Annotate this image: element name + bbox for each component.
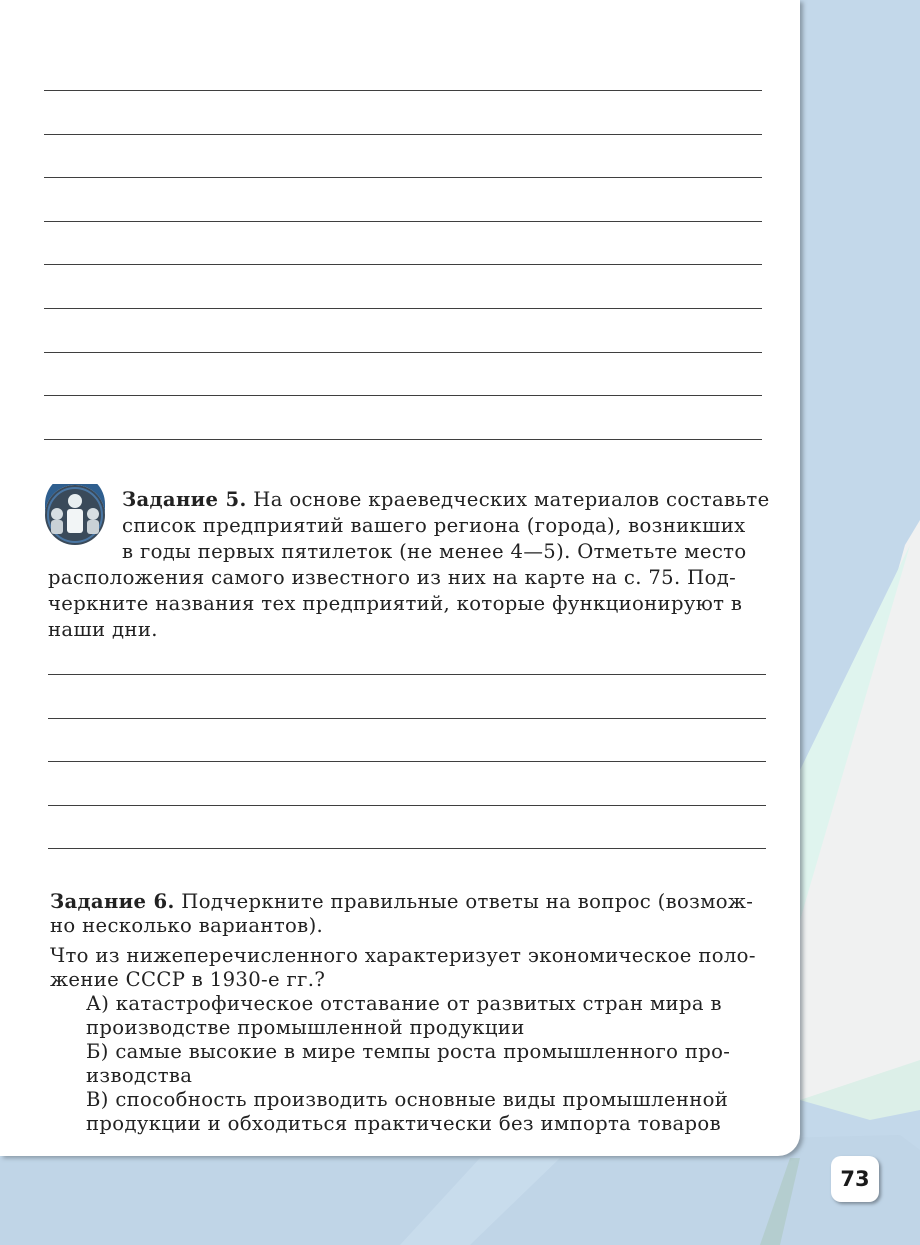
- option-a-line-1[interactable]: А) катастрофическое отставание от развит…: [86, 992, 722, 1016]
- task5-line-2: список предприятий вашего региона (город…: [122, 514, 746, 538]
- option-b-line-1[interactable]: Б) самые высокие в мире темпы роста пром…: [86, 1040, 730, 1064]
- answer-line[interactable]: [44, 90, 762, 91]
- answer-line[interactable]: [48, 761, 766, 762]
- option-c-line-2[interactable]: продукции и обходиться практически без и…: [86, 1112, 721, 1136]
- task5-line-4: расположения самого известного из них на…: [48, 566, 736, 590]
- group-work-icon: [44, 484, 106, 546]
- task5-line-1: Задание 5. На основе краеведческих матер…: [122, 488, 770, 512]
- answer-line[interactable]: [48, 718, 766, 719]
- answer-line[interactable]: [44, 308, 762, 309]
- task6-question-2: жение СССР в 1930-е гг.?: [50, 968, 325, 992]
- answer-line[interactable]: [48, 848, 766, 849]
- workbook-page: Задание 5. На основе краеведческих матер…: [0, 0, 800, 1156]
- answer-line[interactable]: [44, 439, 762, 440]
- answer-line[interactable]: [44, 221, 762, 222]
- task6-line-2: но несколько вариантов).: [50, 914, 323, 938]
- task5-line-6: наши дни.: [48, 618, 158, 642]
- answer-line[interactable]: [44, 395, 762, 396]
- page-number: 73: [831, 1156, 879, 1202]
- answer-line[interactable]: [44, 177, 762, 178]
- task6-label: Задание 6.: [50, 890, 175, 913]
- option-b-line-2[interactable]: изводства: [86, 1064, 192, 1088]
- task6-line-1: Задание 6. Подчеркните правильные ответы…: [50, 890, 753, 914]
- answer-line[interactable]: [44, 264, 762, 265]
- answer-line[interactable]: [48, 805, 766, 806]
- task6-question-1: Что из нижеперечисленного характеризует …: [50, 944, 756, 968]
- answer-line[interactable]: [44, 352, 762, 353]
- task5-line-3: в годы первых пятилеток (не менее 4—5). …: [122, 540, 747, 564]
- option-a-line-2[interactable]: производстве промышленной продукции: [86, 1016, 525, 1040]
- task5-label: Задание 5.: [122, 488, 247, 511]
- task5-line-5: черкните названия тех предприятий, котор…: [48, 592, 742, 616]
- answer-line[interactable]: [48, 674, 766, 675]
- option-c-line-1[interactable]: В) способность производить основные виды…: [86, 1088, 728, 1112]
- answer-line[interactable]: [44, 134, 762, 135]
